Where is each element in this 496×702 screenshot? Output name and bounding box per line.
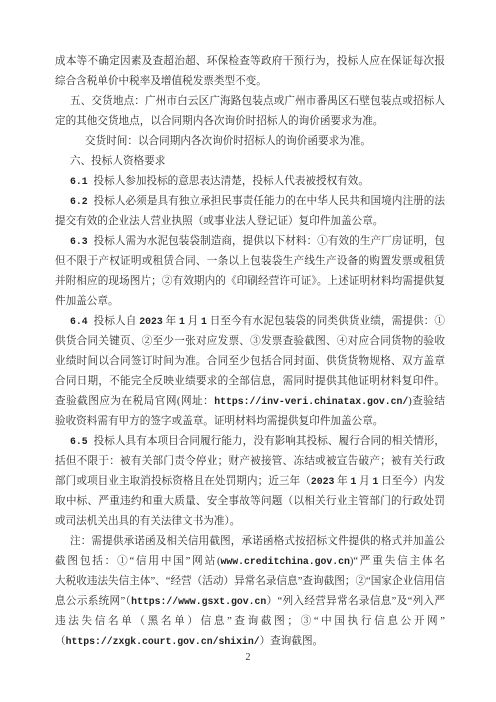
text-segment: 供货合同关键页、②至少一张对应发票、③发票查验截图、④对应合同货物的验收资料。 (55, 336, 445, 352)
text-segment: 取中标、严重违约和重大质量、安全事故等问题（以相关行业主管部门的行政处罚决定 (55, 496, 445, 512)
text-segment: 投标人参加投标的意思表达清楚，投标人代表被授权有效。 (94, 176, 369, 187)
text-line-10: 6.3 投标人需为水泥包装袋制造商，提供以下材料：①有效的生产厂房证明，包括 (55, 232, 445, 252)
number-text: 6.4 (70, 316, 94, 327)
text-segment: 大税收违法失信主体”、“经营（活动）异常名录信息”查询截图；②“国家企业信用信 (55, 576, 445, 587)
url-text: https://zxgk.court.gov.cn/shixin/ (66, 636, 260, 647)
url-text: https://inv-veri.chinatax.gov.cn/ (214, 396, 408, 407)
text-line-2: 综合含税单价中税率及增值税发票类型不变。 (55, 72, 445, 92)
text-line-3: 五、交货地点：广州市白云区广海路包装点或广州市番禺区石壁包装点或招标人指 (55, 92, 445, 112)
text-line-1: 成本等不确定因素及查超治超、环保检查等政府干预行为，投标人应在保证每次报出的 (55, 52, 445, 72)
text-line-13: 件加盖公章。 (55, 292, 445, 312)
text-segment: 五、交货地点：广州市白云区广海路包装点或广州市番禺区石壁包装点或招标人指 (55, 96, 445, 112)
text-segment: 月 (185, 316, 201, 327)
text-line-4: 定的其他交货地点，以合同期内各次询价时招标人的询价函要求为准。 (55, 112, 445, 132)
text-line-28: 息公示系统网”（https://www.gsxt.gov.cn）“列入经营异常名… (55, 592, 445, 612)
text-segment: 交货时间：以合同期内各次询价时招标人的询价函要求为准。 (85, 136, 371, 147)
text-segment: 查验截图应为在税局官网(网址： (55, 396, 214, 407)
text-line-18: 查验截图应为在税局官网(网址：https://inv-veri.chinatax… (55, 392, 445, 412)
number-text: 6.5 (70, 436, 94, 447)
text-line-29: 违法失信名单（黑名单）信息”查询截图；③“中国执行信息公开网” (55, 612, 445, 632)
text-segment: 或司法机关出具的有关法律文书为准）。 (55, 516, 240, 527)
text-line-6: 六、投标人资格要求 (55, 152, 445, 172)
text-segment: 验收资料需有甲方的签字或盖章。证明材料均需提供复印件加盖公章。 (55, 416, 383, 427)
text-segment: 投标人自 (94, 316, 140, 327)
page-number: 2 (0, 648, 496, 668)
text-segment: 定的其他交货地点，以合同期内各次询价时招标人的询价函要求为准。 (55, 116, 383, 127)
text-line-11: 但不限于产权证明或租赁合同、一条以上包装袋生产线生产设备的购置发票或租赁合同， (55, 252, 445, 272)
text-line-22: 部门或项目业主取消投标资格且在处罚期内；近三年（2023 年 1 月 1 日至今… (55, 472, 445, 492)
text-segment: （ (55, 636, 66, 647)
number-text: 2023 (311, 476, 335, 487)
text-segment: 月 (356, 476, 372, 487)
number-text: 6.3 (70, 236, 94, 247)
number-text: 6.1 (70, 176, 94, 187)
text-line-27: 大税收违法失信主体”、“经营（活动）异常名录信息”查询截图；②“国家企业信用信 (55, 572, 445, 592)
url-text: www.creditchina.gov.cn (221, 556, 350, 567)
text-line-20: 6.5 投标人具有本项目合同履行能力，没有影响其投标、履行合同的相关情形，包 (55, 432, 445, 452)
text-line-12: 并附相应的现场图片；②有效期内的《印刷经营许可证》。上述证明材料均需提供复印 (55, 272, 445, 292)
text-segment: 年 (334, 476, 350, 487)
text-segment: ）查询截图。 (260, 636, 324, 647)
text-segment: 成本等不确定因素及查超治超、环保检查等政府干预行为，投标人应在保证每次报出的 (55, 56, 445, 72)
text-line-15: 供货合同关键页、②至少一张对应发票、③发票查验截图、④对应合同货物的验收资料。 (55, 332, 445, 352)
text-segment: 违法失信名单（黑名单）信息”查询截图；③“中国执行信息公开网” (55, 616, 445, 627)
text-segment: 年 (163, 316, 179, 327)
text-line-26: 截图包括：①“信用中国”网站(www.creditchina.gov.cn)“严… (55, 552, 445, 572)
text-line-16: 业绩时间以合同签订时间为准。合同至少包括合同封面、供货货物规格、双方盖章页、 (55, 352, 445, 372)
text-segment: 投标人必须是具有独立承担民事责任能力的在中华人民共和国境内注册的法人。 (55, 196, 445, 212)
text-line-8: 6.2 投标人必须是具有独立承担民事责任能力的在中华人民共和国境内注册的法人。 (55, 192, 445, 212)
document-body: 成本等不确定因素及查超治超、环保检查等政府干预行为，投标人应在保证每次报出的综合… (55, 52, 445, 652)
text-segment: 部门或项目业主取消投标资格且在处罚期内；近三年（ (55, 476, 311, 487)
text-line-23: 取中标、严重违约和重大质量、安全事故等问题（以相关行业主管部门的行政处罚决定 (55, 492, 445, 512)
text-segment: 六、投标人资格要求 (70, 156, 165, 167)
text-line-17: 合同日期，不能完全反映业绩要求的全部信息，需同时提供其他证明材料复印件。发票 (55, 372, 445, 392)
text-segment: 日至今有水泥包装袋的同类供货业绩，需提供：① (207, 316, 445, 327)
text-line-7: 6.1 投标人参加投标的意思表达清楚，投标人代表被授权有效。 (55, 172, 445, 192)
text-line-25: 注：需提供承诺函及相关信用截图，承诺函格式按招标文件提供的格式并加盖公章， (55, 532, 445, 552)
number-text: 6.2 (70, 196, 94, 207)
text-segment: 但不限于产权证明或租赁合同、一条以上包装袋生产线生产设备的购置发票或租赁合同， (55, 256, 445, 272)
text-segment: 截图包括：①“信用中国”网站( (55, 556, 221, 567)
text-line-14: 6.4 投标人自 2023 年 1 月 1 日至今有水泥包装袋的同类供货业绩，需… (55, 312, 445, 332)
text-segment: 合同日期，不能完全反映业绩要求的全部信息，需同时提供其他证明材料复印件。发票 (55, 376, 445, 392)
text-line-9: 提交有效的企业法人营业执照（或事业法人登记证）复印件加盖公章。 (55, 212, 445, 232)
document-page: 成本等不确定因素及查超治超、环保检查等政府干预行为，投标人应在保证每次报出的综合… (0, 0, 496, 702)
url-text: https://www.gsxt.gov.cn (131, 596, 266, 607)
text-segment: 综合含税单价中税率及增值税发票类型不变。 (55, 76, 267, 87)
text-segment: 投标人具有本项目合同履行能力，没有影响其投标、履行合同的相关情形，包 (55, 436, 445, 452)
text-segment: 息公示系统网”（ (55, 596, 131, 607)
text-segment: 注：需提供承诺函及相关信用截图，承诺函格式按招标文件提供的格式并加盖公章， (55, 536, 445, 552)
number-text: 2023 (139, 316, 163, 327)
text-line-5: 交货时间：以合同期内各次询价时招标人的询价函要求为准。 (55, 132, 445, 152)
text-line-24: 或司法机关出具的有关法律文书为准）。 (55, 512, 445, 532)
text-segment: 件加盖公章。 (55, 296, 119, 307)
text-segment: 投标人需为水泥包装袋制造商，提供以下材料：①有效的生产厂房证明，包括 (55, 236, 445, 252)
text-line-21: 括但不限于：被有关部门责令停业；财产被接管、冻结或被宣告破产；被有关行政主管 (55, 452, 445, 472)
text-segment: 业绩时间以合同签订时间为准。合同至少包括合同封面、供货货物规格、双方盖章页、 (55, 356, 445, 372)
text-segment: 并附相应的现场图片；②有效期内的《印刷经营许可证》。上述证明材料均需提供复印 (55, 276, 445, 292)
text-segment: 提交有效的企业法人营业执照（或事业法人登记证）复印件加盖公章。 (55, 216, 383, 227)
text-line-19: 验收资料需有甲方的签字或盖章。证明材料均需提供复印件加盖公章。 (55, 412, 445, 432)
text-segment: 括但不限于：被有关部门责令停业；财产被接管、冻结或被宣告破产；被有关行政主管 (55, 456, 445, 472)
